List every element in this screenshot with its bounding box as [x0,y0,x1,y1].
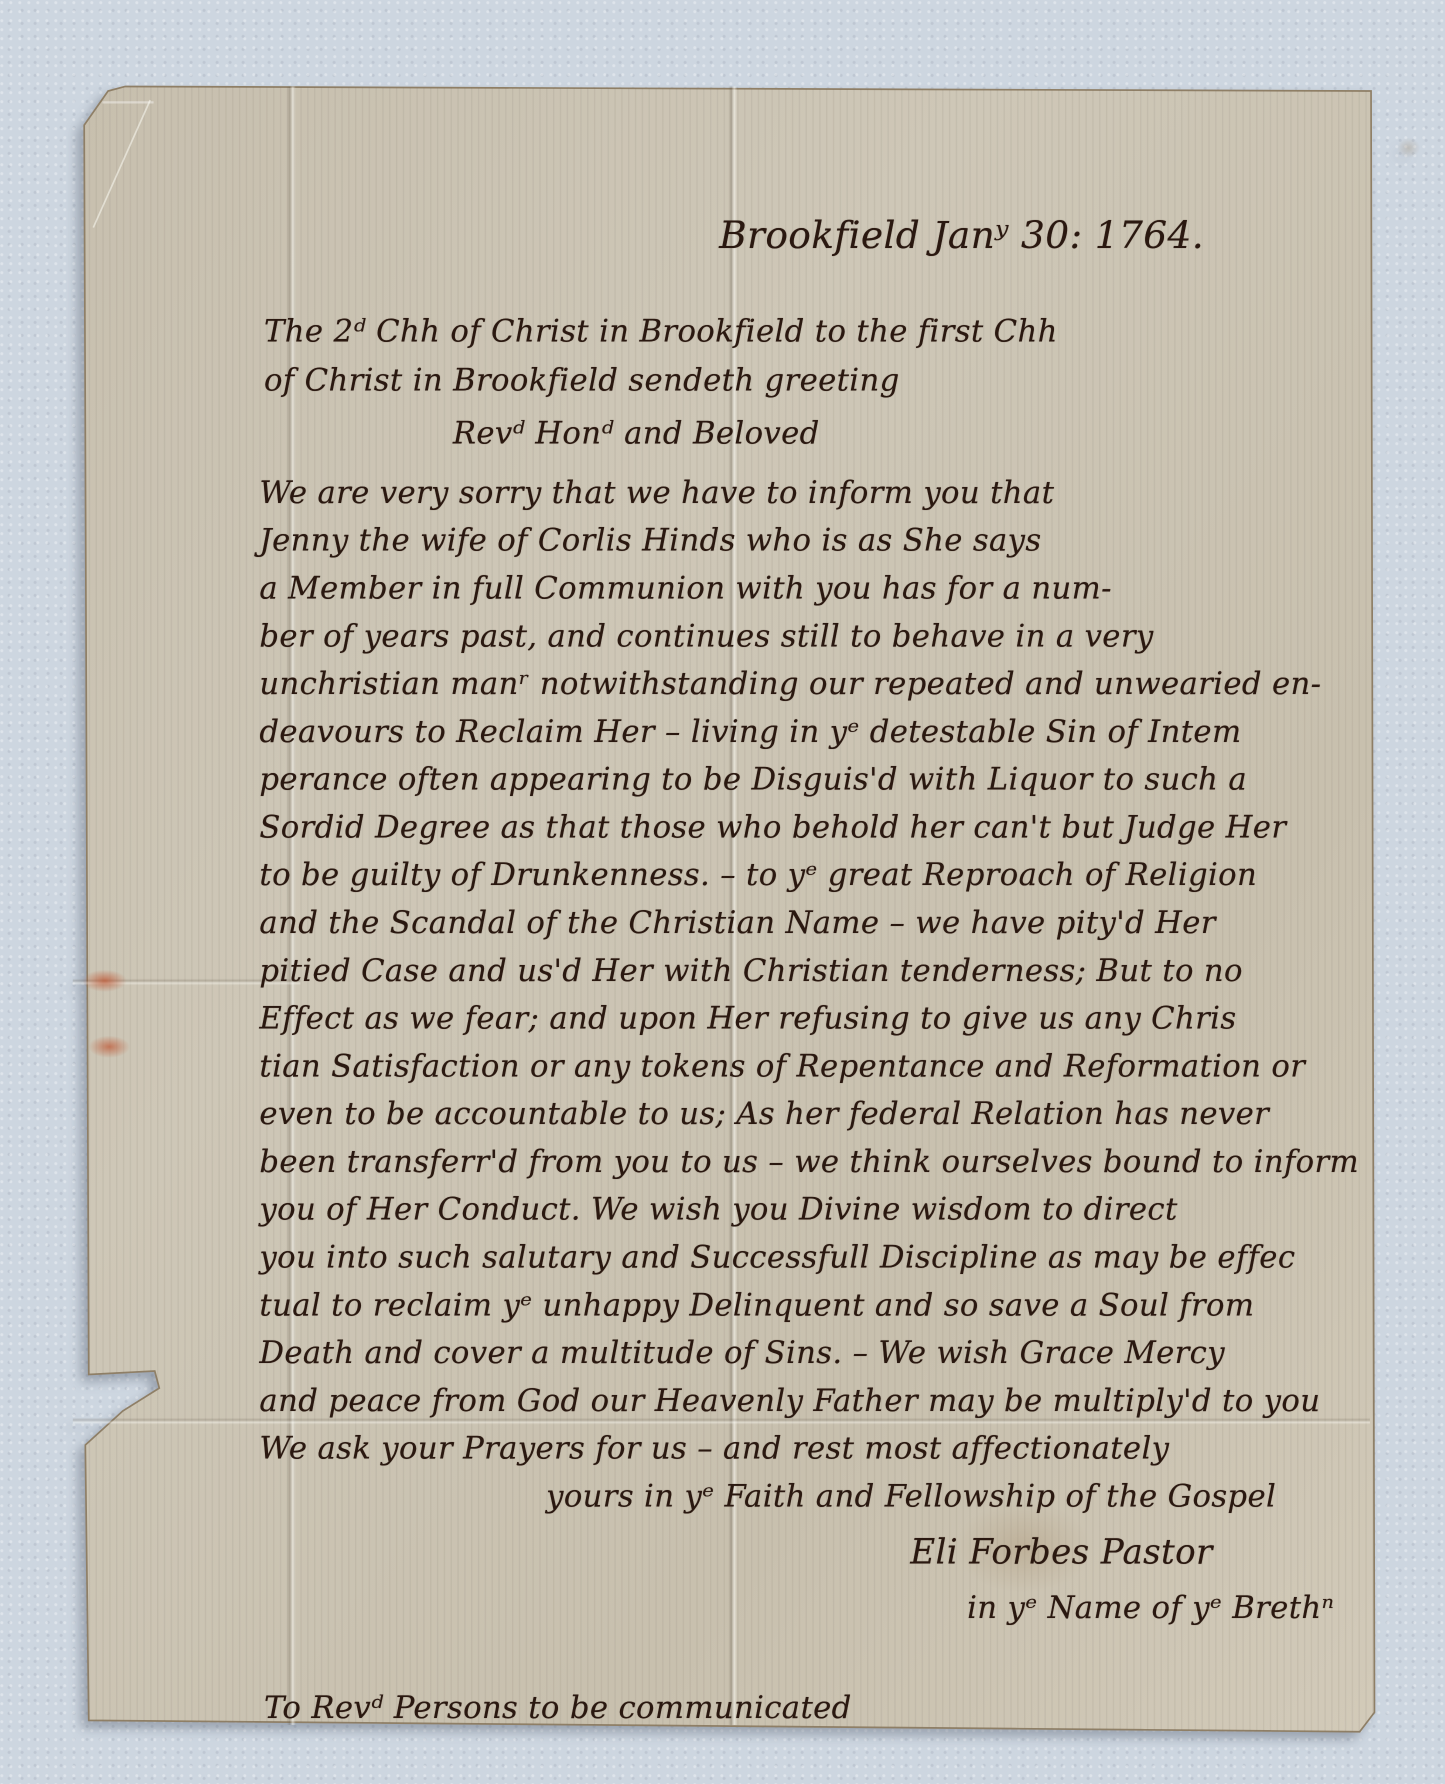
body-line: you of Her Conduct. We wish you Divine w… [259,1195,1177,1226]
body-line: ber of years past, and continues still t… [259,621,1153,652]
wax-seal-residue [71,956,139,1093]
body-line: been transferr'd from you to us – we thi… [259,1147,1359,1178]
closing-line: yours in yᵉ Faith and Fellowship of the … [546,1481,1276,1512]
signature-on-behalf: in yᵉ Name of yᵉ Brethⁿ [967,1593,1334,1624]
body-line: We ask your Prayers for us – and rest mo… [259,1434,1169,1465]
body-line: We are very sorry that we have to inform… [259,478,1054,509]
body-line: to be guilty of Drunkenness. – to yᵉ gre… [259,860,1257,891]
body-line: even to be accountable to us; As her fed… [259,1099,1269,1130]
body-line: tian Satisfaction or any tokens of Repen… [259,1051,1305,1082]
body-line: deavours to Reclaim Her – living in yᵉ d… [259,717,1241,748]
photo-stage: Brookfield Janʸ 30: 1764. The 2ᵈ Chh of … [0,0,1445,1784]
body-line: a Member in full Communion with you has … [259,573,1111,604]
body-line: and the Scandal of the Christian Name – … [259,908,1215,939]
body-line: Effect as we fear; and upon Her refusing… [259,1004,1236,1035]
signature-name: Eli Forbes Pastor [910,1536,1212,1570]
body-line: Jenny the wife of Corlis Hinds who is as… [259,526,1041,557]
body-line: you into such salutary and Successfull D… [259,1242,1295,1273]
date-line: Brookfield Janʸ 30: 1764. [719,216,1204,254]
salutation-line-1: The 2ᵈ Chh of Christ in Brookfield to th… [264,316,1058,347]
body-line: unchristian manʳ notwithstanding our rep… [259,669,1321,700]
body-line: perance often appearing to be Disguis'd … [259,765,1247,796]
body-line: pitied Case and us'd Her with Christian … [259,956,1242,987]
body-line: tual to reclaim yᵉ unhappy Delinquent an… [259,1290,1254,1321]
salutation-line-3: Revᵈ Honᵈ and Beloved [453,419,820,450]
body-line: and peace from God our Heavenly Father m… [259,1386,1320,1417]
body-line: Sordid Degree as that those who behold h… [259,812,1286,843]
postscript: To Revᵈ Persons to be communicated [264,1693,852,1724]
body-line: Death and cover a multitude of Sins. – W… [259,1338,1225,1369]
salutation-line-2: of Christ in Brookfield sendeth greeting [264,365,900,396]
